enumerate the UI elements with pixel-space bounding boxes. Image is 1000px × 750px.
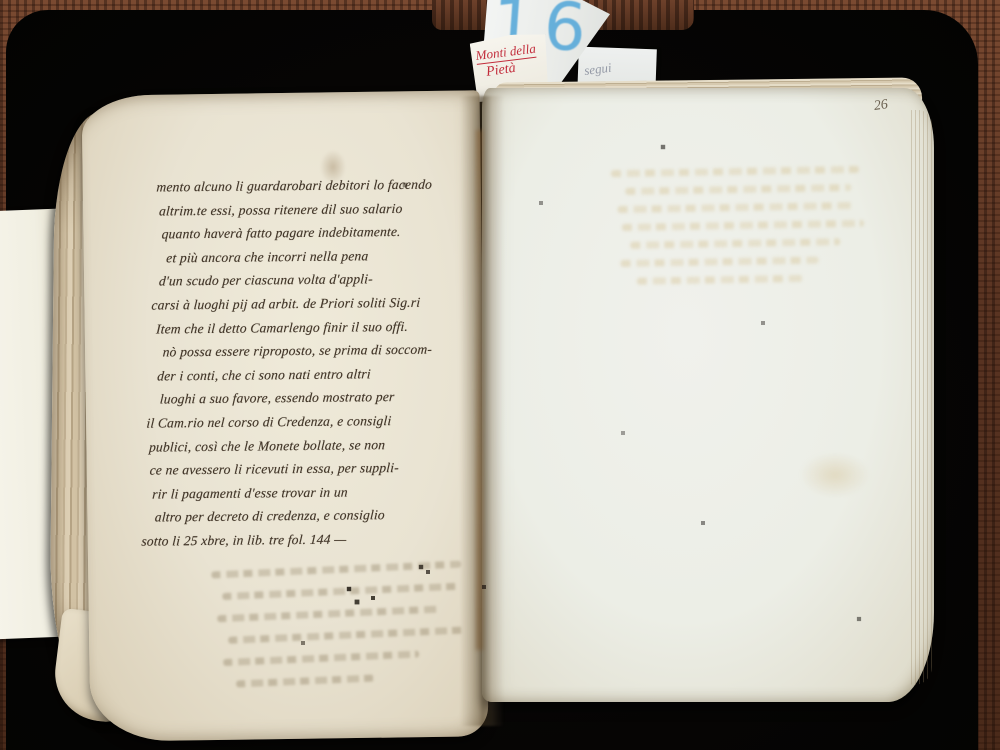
manuscript-line: sotto li 25 xbre, in lib. tre fol. 144 —	[141, 526, 446, 553]
ink-specks	[0, 0, 2, 2]
manuscript-line: mento alcuno li guardarobari debitori lo…	[156, 172, 467, 199]
manuscript-line: der i conti, che ci sono nati entro altr…	[157, 361, 456, 388]
handwritten-text-block: mento alcuno li guardarobari debitori lo…	[135, 172, 467, 553]
manuscript-line: carsi à luoghi pij ad arbit. de Priori s…	[151, 290, 460, 317]
manuscript-line: nò possa essere riproposto, se prima di …	[162, 338, 457, 365]
manuscript-photo: segui 16 Monti della Pietà mento alcuno …	[0, 0, 1000, 750]
manuscript-line: et più ancora che incorri nella pena	[166, 243, 463, 270]
manuscript-line: Item che il detto Camarlengo finir il su…	[155, 314, 458, 341]
manuscript-line: il Cam.rio nel corso di Credenza, e cons…	[146, 408, 453, 435]
manuscript-line: d'un scudo per ciascuna volta d'appli-	[158, 267, 461, 294]
paper-stain	[800, 452, 870, 498]
pencil-note-text: segui	[583, 60, 612, 79]
manuscript-line: publici, così che le Monete bollate, se …	[148, 432, 451, 459]
manuscript-line: luoghi a suo favore, essendo mostrato pe…	[159, 385, 454, 412]
manuscript-line: rir li pagamenti d'esse trovar in un	[152, 479, 449, 506]
manuscript-line: altrim.te essi, possa ritenere dil suo s…	[158, 196, 465, 223]
paper-stain	[320, 150, 346, 184]
show-through-lines-left-page	[211, 561, 467, 704]
right-fore-edge-page-stack	[908, 110, 932, 685]
manuscript-line: quanto haverà fatto pagare indebitamente…	[161, 219, 464, 246]
manuscript-line: altro per decreto di credenza, e consigl…	[154, 503, 447, 530]
manuscript-line: ce ne avessero li ricevuti in essa, per …	[149, 456, 450, 483]
folio-number: 26	[873, 97, 889, 115]
show-through-lines-right-page	[611, 166, 861, 296]
gutter-stain	[476, 130, 483, 650]
red-label-line2: Pietà	[485, 61, 516, 81]
